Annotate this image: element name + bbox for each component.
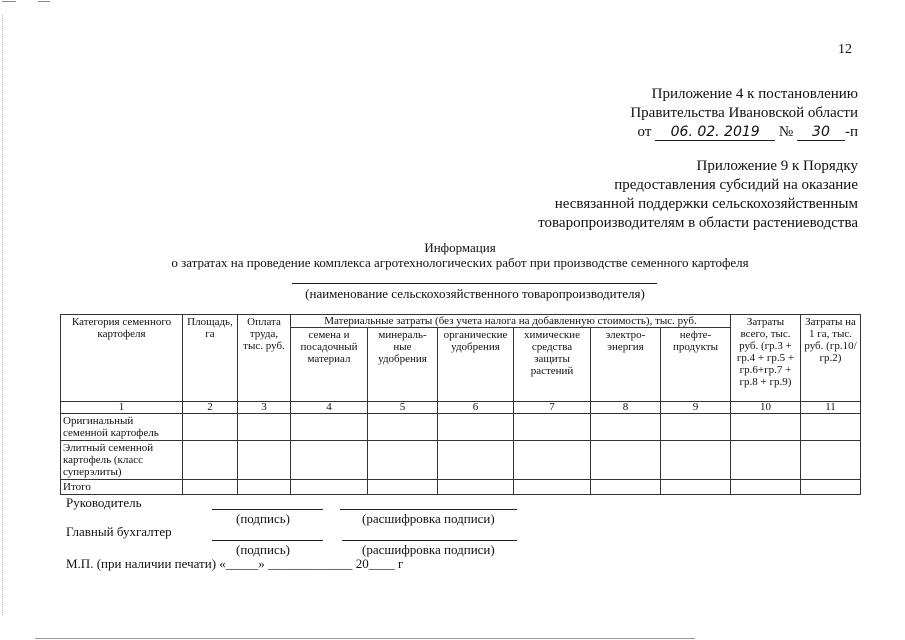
header-area: Площадь, га (183, 315, 238, 402)
header-oil: нефте- продукты (661, 328, 731, 402)
header-row-1: Категория семенного картофеля Площадь, г… (61, 315, 861, 328)
table-cell[interactable] (183, 441, 238, 480)
table-cell[interactable] (731, 441, 801, 480)
table-cell[interactable] (514, 414, 591, 441)
head-signature-caption: (подпись) (236, 511, 290, 526)
org-name-line (292, 283, 657, 284)
appendix-order-line2: предоставления субсидий на оказание (538, 176, 858, 195)
number-suffix: -п (845, 124, 858, 140)
table-cell[interactable] (591, 480, 661, 495)
row-label-total: Итого (61, 480, 183, 495)
scan-artifact (2, 1, 16, 2)
table-cell[interactable] (238, 441, 291, 480)
table-cell[interactable] (238, 414, 291, 441)
appendix-order-line3: несвязанной поддержки сельскохозяйственн… (538, 195, 858, 214)
costs-table: Категория семенного картофеля Площадь, г… (60, 314, 861, 495)
accountant-signature-line[interactable] (212, 540, 323, 541)
table-row: Элитный семенной картофель (класс суперэ… (61, 441, 861, 480)
table-cell[interactable] (801, 414, 861, 441)
col-num: 4 (291, 402, 368, 414)
header-electricity: электро- энергия (591, 328, 661, 402)
table-cell[interactable] (291, 441, 368, 480)
table-cell[interactable] (438, 480, 514, 495)
header-total: Затраты всего, тыс. руб. (гр.3 + гр.4 + … (731, 315, 801, 402)
col-num: 8 (591, 402, 661, 414)
table-cell[interactable] (731, 414, 801, 441)
header-material-group: Материальные затраты (без учета налога н… (291, 315, 731, 328)
org-name-caption: (наименование сельскохозяйственного това… (240, 286, 710, 302)
row-label-original: Оригинальный семенной картофель (61, 414, 183, 441)
table-cell[interactable] (238, 480, 291, 495)
appendix-decree-date-row: от 06. 02. 2019 № 30-п (630, 123, 858, 142)
decree-date: 06. 02. 2019 (655, 125, 775, 141)
table-cell[interactable] (731, 480, 801, 495)
number-label: № (779, 124, 793, 140)
table-cell[interactable] (591, 441, 661, 480)
table-cell[interactable] (368, 441, 438, 480)
col-num: 2 (183, 402, 238, 414)
table-row-total: Итого (61, 480, 861, 495)
head-decoding-line[interactable] (340, 509, 517, 510)
header-mineral: минераль- ные удобрения (368, 328, 438, 402)
header-organic: органические удобрения (438, 328, 514, 402)
table-cell[interactable] (661, 414, 731, 441)
scan-bottom-edge (35, 638, 695, 639)
appendix-decree-line2: Правительства Ивановской области (630, 104, 858, 123)
table-cell[interactable] (438, 414, 514, 441)
table-cell[interactable] (514, 441, 591, 480)
col-num: 6 (438, 402, 514, 414)
table-row: Оригинальный семенной картофель (61, 414, 861, 441)
accountant-label: Главный бухгалтер (66, 524, 172, 539)
appendix-decree-line1: Приложение 4 к постановлению (630, 85, 858, 104)
table-cell[interactable] (661, 441, 731, 480)
accountant-signature-caption: (подпись) (236, 542, 290, 557)
header-seeds: семена и посадочный материал (291, 328, 368, 402)
head-label: Руководитель (66, 495, 142, 510)
col-num: 7 (514, 402, 591, 414)
row-label-elite: Элитный семенной картофель (класс суперэ… (61, 441, 183, 480)
table-cell[interactable] (591, 414, 661, 441)
table-cell[interactable] (514, 480, 591, 495)
scan-edge-left (2, 15, 4, 615)
table-cell[interactable] (183, 480, 238, 495)
header-per-ha: Затраты на 1 га, тыс. руб. (гр.10/ гр.2) (801, 315, 861, 402)
document-title: Информация (0, 240, 905, 255)
stamp-date-line: М.П. (при наличии печати) «_____» ______… (66, 556, 403, 571)
col-num: 3 (238, 402, 291, 414)
head-signature-line[interactable] (212, 509, 323, 510)
page-number: 12 (838, 42, 852, 58)
table-cell[interactable] (801, 441, 861, 480)
col-num: 1 (61, 402, 183, 414)
scan-artifact (38, 1, 50, 2)
table-cell[interactable] (801, 480, 861, 495)
header-category: Категория семенного картофеля (61, 315, 183, 402)
table-cell[interactable] (661, 480, 731, 495)
appendix-order-line1: Приложение 9 к Порядку (538, 157, 858, 176)
appendix-order: Приложение 9 к Порядку предоставления су… (538, 157, 858, 233)
table-cell[interactable] (291, 480, 368, 495)
table-cell[interactable] (183, 414, 238, 441)
col-num: 10 (731, 402, 801, 414)
header-chemical: химические средства защиты растений (514, 328, 591, 402)
appendix-order-line4: товаропроизводителям в области растениев… (538, 214, 858, 233)
appendix-decree: Приложение 4 к постановлению Правительст… (630, 85, 858, 142)
decree-number: 30 (797, 125, 845, 141)
accountant-decoding-caption: (расшифровка подписи) (362, 542, 495, 557)
table-cell[interactable] (438, 441, 514, 480)
accountant-decoding-line[interactable] (342, 540, 517, 541)
table-cell[interactable] (368, 414, 438, 441)
from-label: от (638, 124, 652, 140)
table-cell[interactable] (368, 480, 438, 495)
head-decoding-caption: (расшифровка подписи) (362, 511, 495, 526)
col-num: 9 (661, 402, 731, 414)
col-num: 5 (368, 402, 438, 414)
header-labor: Оплата труда, тыс. руб. (238, 315, 291, 402)
col-num: 11 (801, 402, 861, 414)
column-numbers-row: 1 2 3 4 5 6 7 8 9 10 11 (61, 402, 861, 414)
document-subtitle: о затратах на проведение комплекса агрот… (0, 255, 905, 270)
table-cell[interactable] (291, 414, 368, 441)
